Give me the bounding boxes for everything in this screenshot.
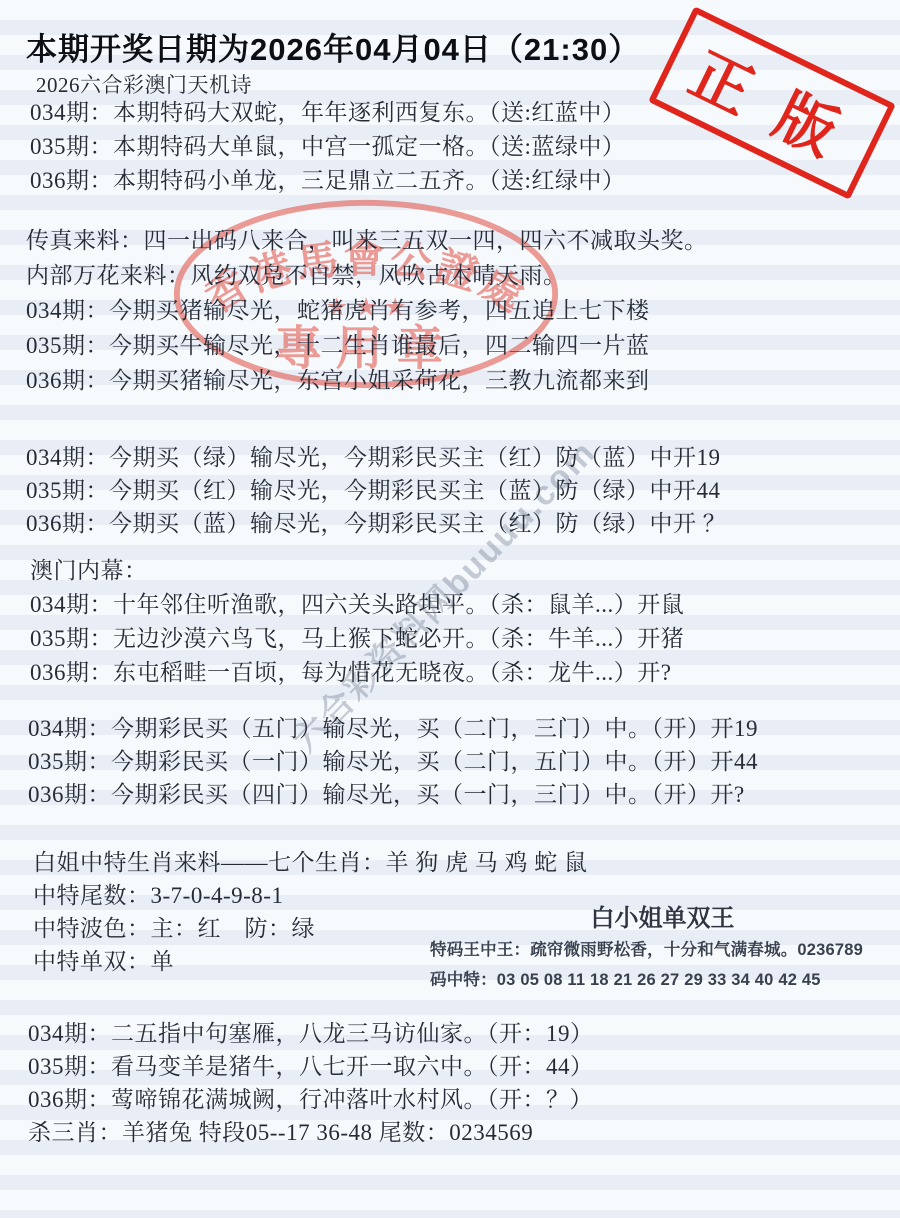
section-heading: 澳门内幕： — [30, 554, 684, 588]
period-line: 036期：今期买（蓝）输尽光，今期彩民买主（红）防（绿）中开 ？ — [26, 507, 726, 540]
section-tianji: 034期：本期特码大双蛇，年年逐利西复东。（送:红蓝中） 035期：本期特码大单… — [30, 96, 625, 198]
genuine-stamp-text: 正版 — [678, 28, 885, 188]
period-line: 036期：今期彩民买（四门）输尽光，买（一门，三门）中。（开）开? — [28, 778, 758, 811]
section-laoliao: 传真来料：四一出码八来合，叫来三五双一四，四六不减取头奖。 内部万花来料：风约双… — [26, 223, 708, 398]
period-line: 035期：看马变羊是猪牛，八七开一取六中。（开：44） — [28, 1050, 594, 1083]
period-line: 034期：本期特码大双蛇，年年逐利西复东。（送:红蓝中） — [30, 96, 625, 130]
fax-tip-line: 传真来料：四一出码八来合，叫来三五双一四，四六不减取头奖。 — [26, 223, 708, 258]
period-line: 035期：今期买牛输尽光，十二生肖谁最后，四二输四一片蓝 — [26, 328, 708, 363]
kill-three-zodiac-line: 杀三肖：羊猪兔 特段05--17 36-48 尾数：0234569 — [28, 1116, 594, 1149]
period-line: 034期：今期买猪输尽光，蛇猪虎肖有参考，四五追上七下楼 — [26, 293, 708, 328]
ma-zhong-te-line: 码中特：03 05 08 11 18 21 26 27 29 33 34 40 … — [430, 965, 895, 995]
wang-zhong-wang-line: 特码王中王：疏帘微雨野松香，十分和气满春城。0236789 — [430, 935, 895, 965]
period-line: 035期：今期买（红）输尽光，今期彩民买主（蓝）防（绿）中开44 — [26, 474, 726, 507]
baixiaojie-title: 白小姐单双王 — [430, 903, 895, 935]
section-secai: 034期：今期买（绿）输尽光，今期彩民买主（红）防（蓝）中开19 035期：今期… — [26, 441, 726, 540]
period-line: 034期：今期彩民买（五门）输尽光，买（二门，三门）中。（开）开19 — [28, 712, 758, 745]
period-line: 036期：莺啼锦花满城阙，行冲落叶水村风。（开：？） — [28, 1083, 594, 1116]
zodiac-tip-line: 白姐中特生肖来料——七个生肖：羊 狗 虎 马 鸡 蛇 鼠 — [33, 846, 588, 879]
period-line: 034期：十年邻住听渔歌，四六关头路坦平。（杀：鼠羊...）开鼠 — [30, 588, 684, 622]
period-line: 035期：今期彩民买（一门）输尽光，买（二门，五门）中。（开）开44 — [28, 745, 758, 778]
period-line: 036期：东屯稻畦一百顷，每为惜花无晓夜。（杀：龙牛...）开? — [30, 656, 684, 690]
genuine-stamp: 正版 — [648, 6, 896, 199]
section-men: 034期：今期彩民买（五门）输尽光，买（二门，三门）中。（开）开19 035期：… — [28, 712, 758, 811]
period-line: 036期：本期特码小单龙，三足鼎立二五齐。（送:红绿中） — [30, 164, 625, 198]
period-line: 034期：二五指中句塞雁，八龙三马访仙家。（开：19） — [28, 1017, 594, 1050]
section-final: 034期：二五指中句塞雁，八龙三马访仙家。（开：19） 035期：看马变羊是猪牛… — [28, 1017, 594, 1149]
page-title: 本期开奖日期为2026年04月04日（21:30） — [26, 24, 640, 69]
baixiaojie-block: 白小姐单双王 特码王中王：疏帘微雨野松香，十分和气满春城。0236789 码中特… — [430, 903, 895, 995]
period-line: 034期：今期买（绿）输尽光，今期彩民买主（红）防（蓝）中开19 — [26, 441, 726, 474]
period-line: 035期：本期特码大单鼠，中宫一孤定一格。（送:蓝绿中） — [30, 130, 625, 164]
section-neimu: 澳门内幕： 034期：十年邻住听渔歌，四六关头路坦平。（杀：鼠羊...）开鼠 0… — [30, 554, 684, 690]
period-line: 036期：今期买猪输尽光，东宫小姐采荷花，三教九流都来到 — [26, 363, 708, 398]
period-line: 035期：无边沙漠六鸟飞，马上猴下蛇必开。（杀：牛羊...）开猪 — [30, 622, 684, 656]
inner-tip-line: 内部万花来料：风约双凫不自禁，风吹古木晴天雨。 — [26, 258, 708, 293]
